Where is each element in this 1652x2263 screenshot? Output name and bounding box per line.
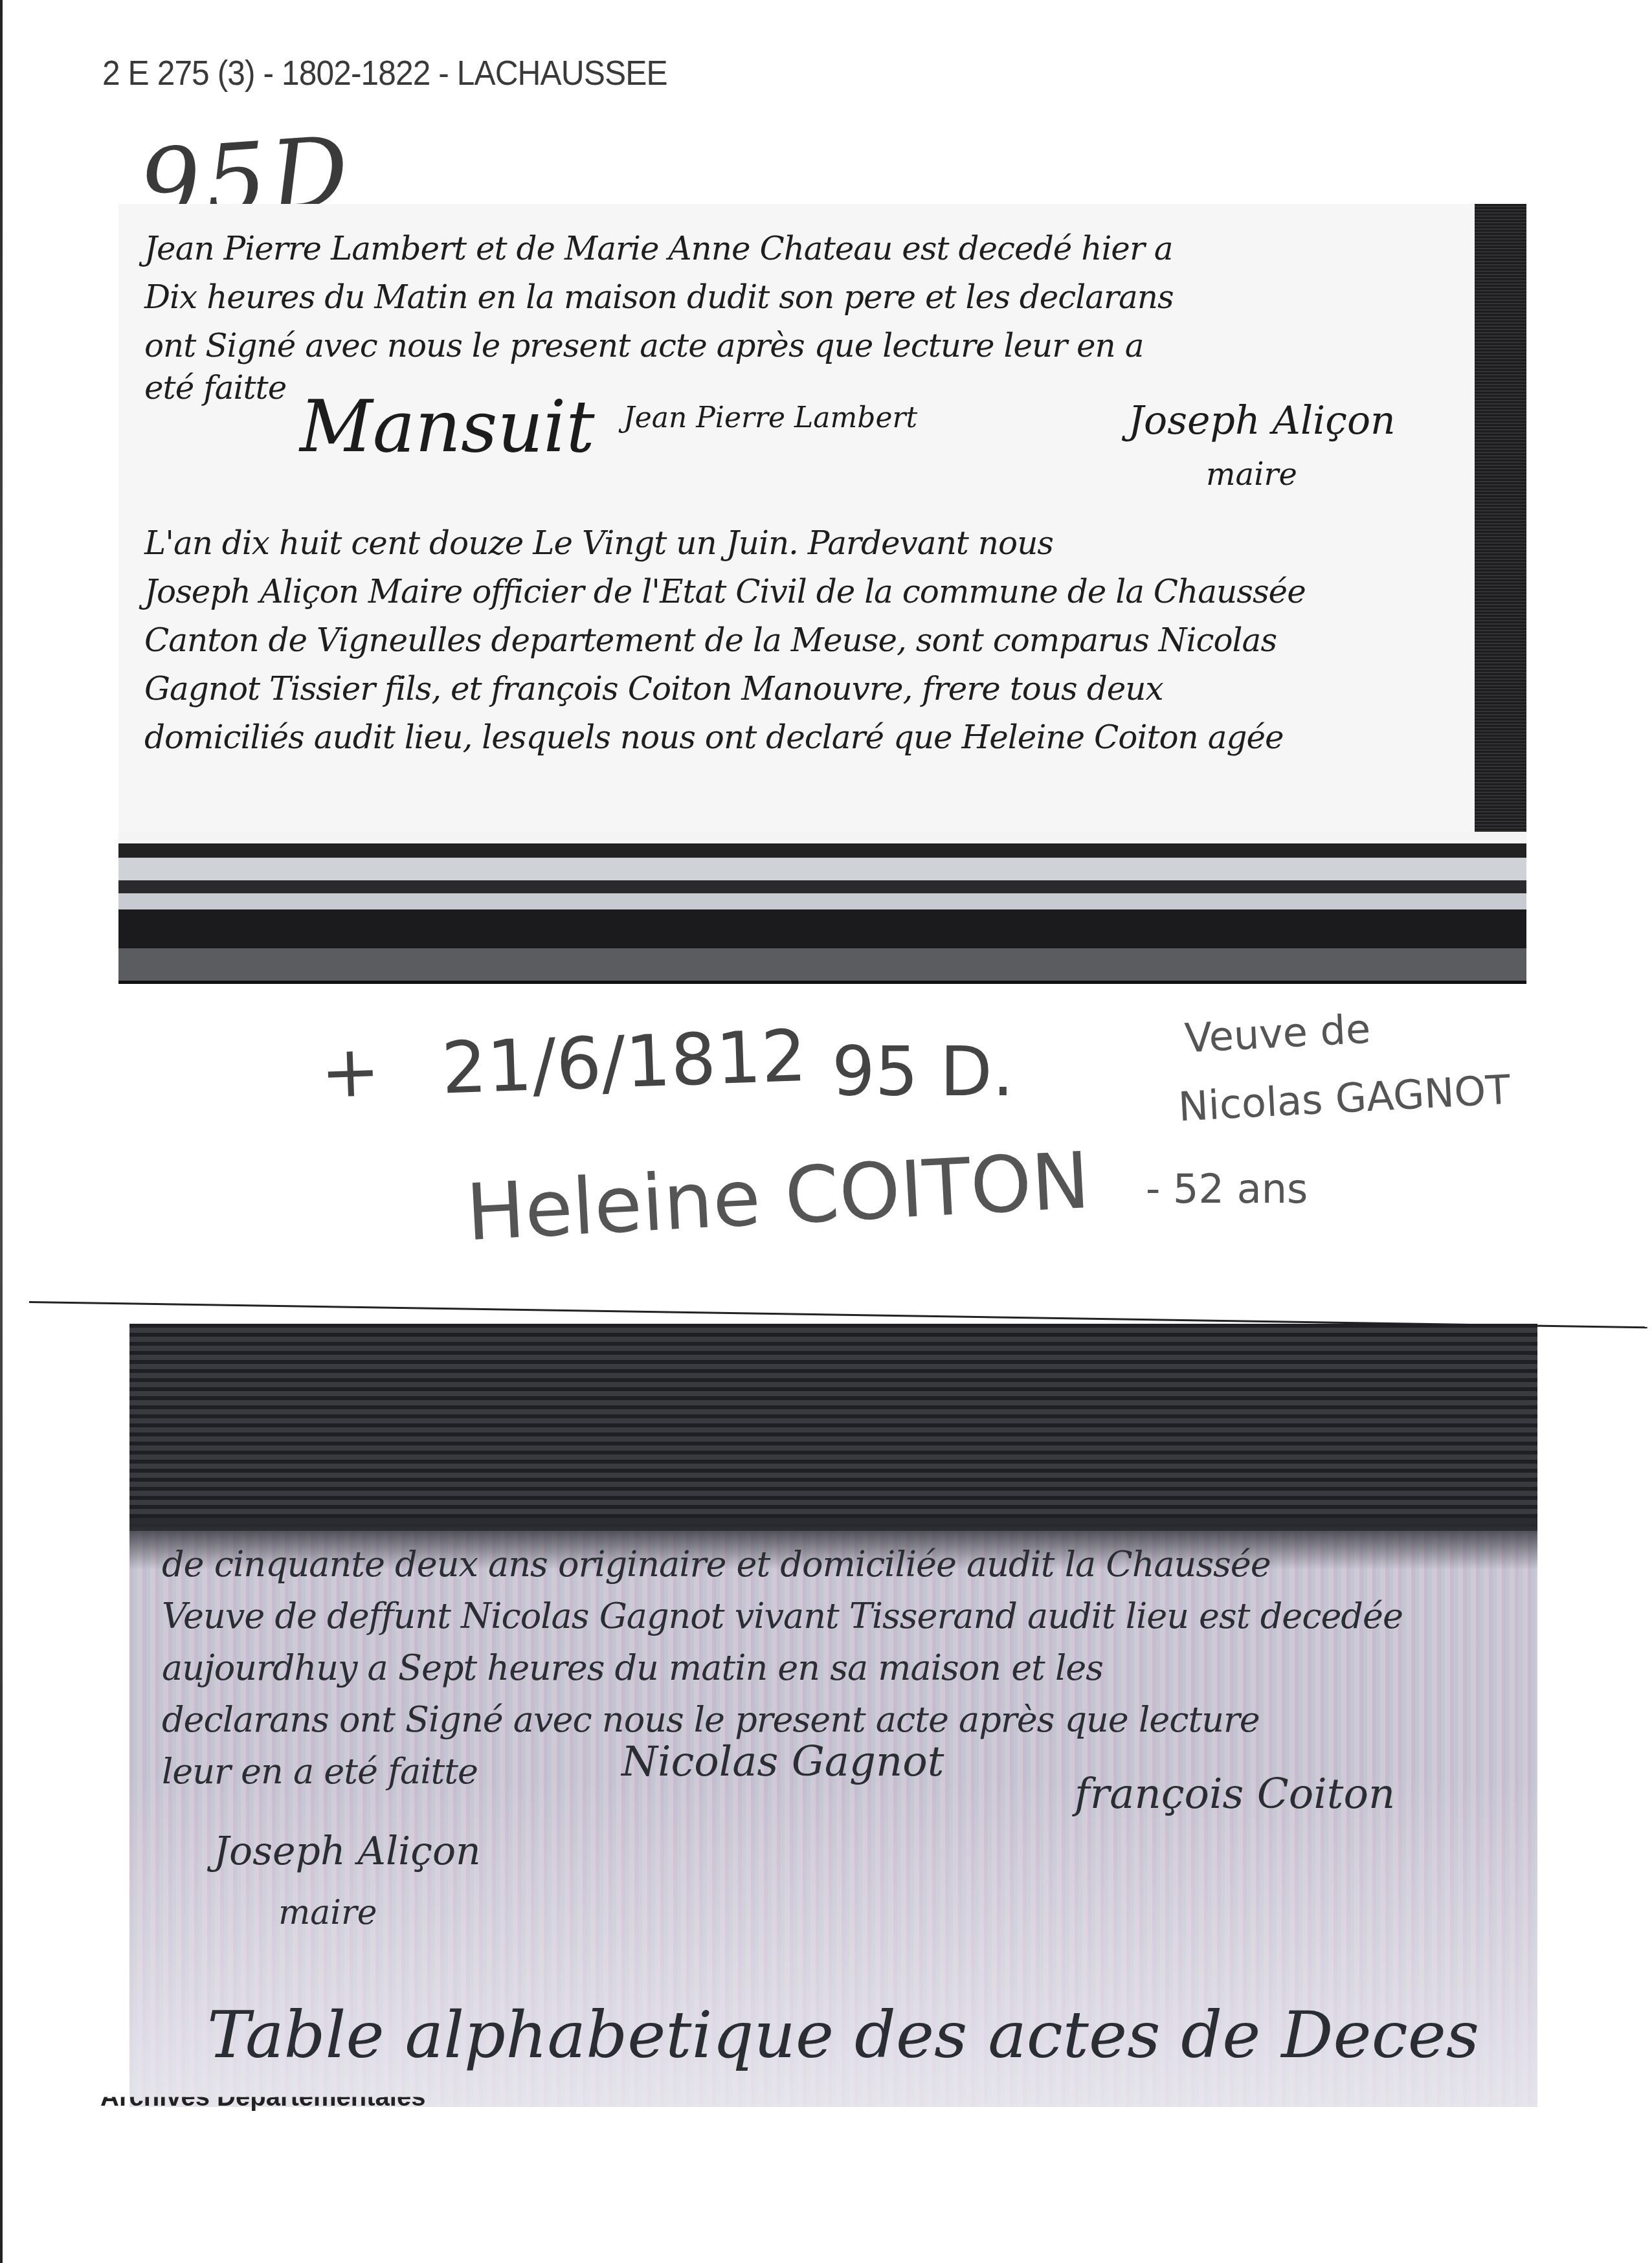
mayor-title: maire <box>1206 456 1297 493</box>
record-line: ont Signé avec nous le present acte aprè… <box>144 327 1144 364</box>
death-date: 21/6/1812 <box>440 1014 808 1110</box>
record-line: aujourdhuy a Sept heures du matin en sa … <box>162 1647 1103 1688</box>
widow-note-line1: Veuve de <box>1183 1005 1372 1062</box>
register-binding-edge <box>118 832 1526 984</box>
signature-gagnot: Nicolas Gagnot <box>621 1738 944 1786</box>
record-line: declarans ont Signé avec nous le present… <box>162 1699 1260 1740</box>
record-line: Canton de Vigneulles departement de la M… <box>144 621 1277 659</box>
signature-mayor: Joseph Aliçon <box>214 1829 481 1874</box>
record-line: de cinquante deux ans originaire et domi… <box>162 1544 1271 1585</box>
record-line: leur en a eté faitte <box>162 1751 478 1792</box>
signature-coiton: françois Coiton <box>1075 1770 1395 1818</box>
record-line: Joseph Aliçon Maire officier de l'Etat C… <box>144 573 1306 610</box>
table-heading: Table alphabetique des actes de Deces <box>207 1997 1479 2073</box>
register-binding-edge <box>129 1324 1537 1531</box>
scan-edge <box>0 0 3 2263</box>
register-photo-top: Jean Pierre Lambert et de Marie Anne Cha… <box>118 204 1526 984</box>
record-line: Veuve de deffunt Nicolas Gagnot vivant T… <box>162 1596 1403 1636</box>
signature-mansuit: Mansuit <box>300 385 595 468</box>
widow-note-line2: Nicolas GAGNOT <box>1177 1066 1511 1131</box>
signature-lambert: Jean Pierre Lambert <box>623 401 917 434</box>
death-date-note: + 21/6/1812 <box>319 1014 808 1114</box>
record-line: L'an dix huit cent douze Le Vingt un Jui… <box>144 524 1053 562</box>
document-title: 2 E 275 (3) - 1802-1822 - LACHAUSSEE <box>102 53 667 93</box>
record-line: Jean Pierre Lambert et de Marie Anne Cha… <box>144 230 1173 267</box>
record-line: eté faitte <box>144 369 286 407</box>
deceased-age-note: - 52 ans <box>1146 1165 1308 1212</box>
record-line: Dix heures du Matin en la maison dudit s… <box>144 278 1174 316</box>
death-cross-icon: + <box>319 1029 382 1114</box>
signature-mayor: Joseph Aliçon <box>1128 398 1396 443</box>
record-line: Gagnot Tissier fils, et françois Coiton … <box>144 670 1163 708</box>
register-photo-bottom: de cinquante deux ans originaire et domi… <box>129 1324 1537 2107</box>
record-line: domiciliés audit lieu, lesquels nous ont… <box>144 719 1284 756</box>
reference-number-note: 95 D. <box>832 1032 1014 1111</box>
mayor-title: maire <box>278 1893 377 1932</box>
deceased-name-note: Heleine COITON <box>464 1136 1092 1258</box>
